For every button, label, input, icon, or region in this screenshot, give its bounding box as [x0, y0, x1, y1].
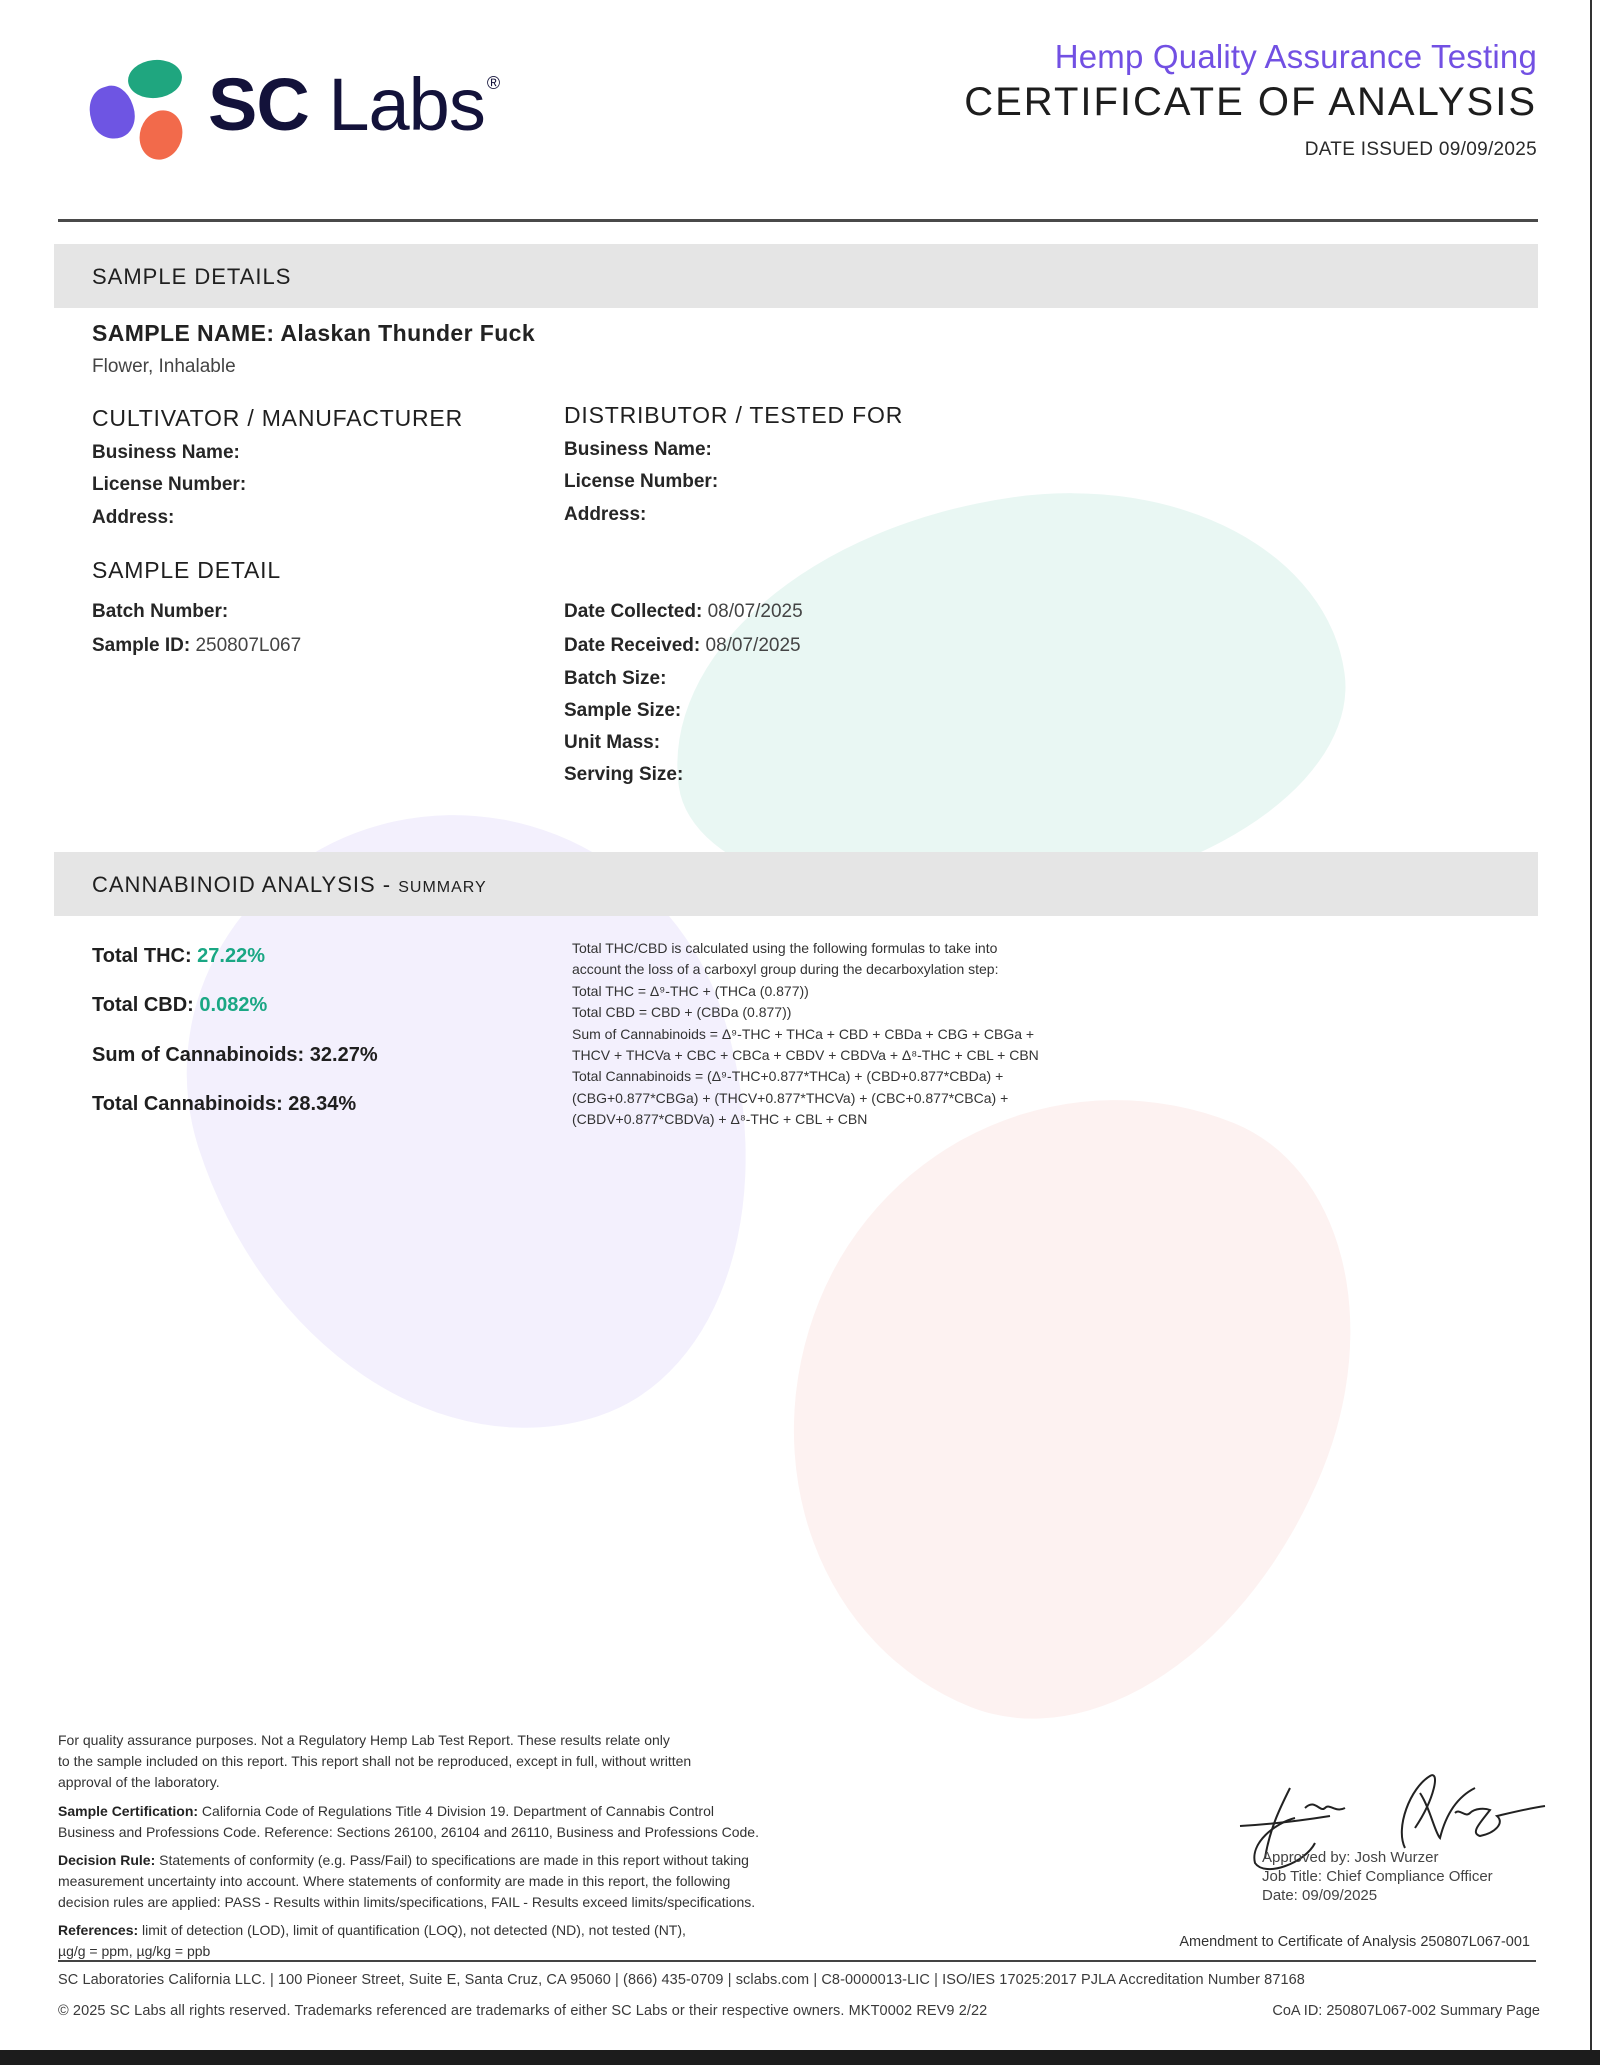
- distributor-license-number: License Number:: [564, 471, 718, 493]
- logo-green-dot-icon: [126, 57, 184, 100]
- total-cbd-value: 0.082%: [199, 994, 267, 1016]
- distributor-heading: DISTRIBUTOR / TESTED FOR: [564, 402, 903, 429]
- date-collected: Date Collected: 08/07/2025: [564, 601, 803, 623]
- sample-type: Flower, Inhalable: [92, 356, 236, 378]
- formula-line: Total Cannabinoids = (Δ⁹-THC+0.877*THCa)…: [572, 1066, 1039, 1087]
- total-cannabinoids: Total Cannabinoids: 28.34%: [92, 1093, 356, 1116]
- sample-detail-heading: SAMPLE DETAIL: [92, 557, 281, 584]
- document-title: CERTIFICATE OF ANALYSIS: [964, 80, 1537, 125]
- header-divider: [58, 219, 1538, 222]
- viewer-bottom-bar: [0, 2050, 1600, 2065]
- sample-size: Sample Size:: [564, 700, 681, 722]
- cannabinoid-analysis-bar: CANNABINOID ANALYSIS - SUMMARY: [54, 852, 1538, 916]
- sample-name-value: Alaskan Thunder Fuck: [280, 320, 535, 346]
- formula-line: THCV + THCVa + CBC + CBCa + CBDV + CBDVa…: [572, 1045, 1039, 1066]
- approval-block: Approved by: Josh Wurzer Job Title: Chie…: [1262, 1848, 1493, 1905]
- batch-number: Batch Number:: [92, 601, 228, 623]
- job-title: Job Title: Chief Compliance Officer: [1262, 1867, 1493, 1886]
- certification-line: California Code of Regulations Title 4 D…: [202, 1803, 714, 1819]
- certification-label: Sample Certification:: [58, 1803, 198, 1819]
- logo-sc: SC: [208, 63, 309, 146]
- batch-size: Batch Size:: [564, 668, 666, 690]
- decision-rule-line: Statements of conformity (e.g. Pass/Fail…: [159, 1852, 749, 1868]
- references-line: µg/g = ppm, µg/kg = ppb: [58, 1941, 686, 1962]
- formula-line: Total CBD = CBD + (CBDa (0.877)): [572, 1002, 1039, 1023]
- field-label: Batch Number:: [92, 601, 228, 622]
- field-label: Serving Size:: [564, 764, 683, 785]
- calculation-formulas: Total THC/CBD is calculated using the fo…: [572, 938, 1039, 1131]
- serving-size: Serving Size:: [564, 764, 683, 786]
- cannabinoid-title-main: CANNABINOID ANALYSIS -: [92, 872, 391, 897]
- distributor-business-name: Business Name:: [564, 439, 712, 461]
- formula-line: Total THC = Δ⁹-THC + (THCa (0.877)): [572, 981, 1039, 1002]
- formula-line: account the loss of a carboxyl group dur…: [572, 959, 1039, 980]
- field-value: 08/07/2025: [708, 601, 803, 622]
- sample-name-label: SAMPLE NAME:: [92, 320, 274, 346]
- field-value: 250807L067: [195, 635, 301, 656]
- cultivator-heading: CULTIVATOR / MANUFACTURER: [92, 405, 463, 432]
- field-label: License Number:: [92, 474, 246, 495]
- references-label: References:: [58, 1922, 138, 1938]
- logo-orange-dot-icon: [133, 105, 188, 166]
- references: References: limit of detection (LOD), li…: [58, 1920, 686, 1962]
- field-label: Business Name:: [92, 442, 240, 463]
- sample-details-title: SAMPLE DETAILS: [92, 264, 291, 290]
- field-label: License Number:: [564, 471, 718, 492]
- field-label: Date Received:: [564, 635, 700, 656]
- cultivator-address: Address:: [92, 507, 174, 529]
- field-label: Batch Size:: [564, 668, 666, 689]
- logo-labs: Labs: [328, 63, 484, 146]
- disclaimer-line: For quality assurance purposes. Not a Re…: [58, 1730, 691, 1751]
- field-label: Address:: [564, 504, 646, 525]
- disclaimer-line: to the sample included on this report. T…: [58, 1751, 691, 1772]
- sum-of-cannabinoids: Sum of Cannabinoids: 32.27%: [92, 1044, 378, 1067]
- total-thc-value: 27.22%: [197, 945, 265, 967]
- total-cannabinoids-label: Total Cannabinoids:: [92, 1093, 283, 1115]
- copyright: © 2025 SC Labs all rights reserved. Trad…: [58, 2003, 987, 2019]
- date-issued-value: 09/09/2025: [1439, 139, 1537, 160]
- unit-mass: Unit Mass:: [564, 732, 660, 754]
- disclaimer-line: approval of the laboratory.: [58, 1772, 691, 1793]
- registered-mark-icon: ®: [487, 73, 499, 93]
- sc-labs-logo: SC Labs®: [90, 60, 510, 165]
- field-label: Address:: [92, 507, 174, 528]
- certification-line: Business and Professions Code. Reference…: [58, 1822, 759, 1843]
- field-label: Sample ID:: [92, 635, 190, 656]
- sample-id: Sample ID: 250807L067: [92, 635, 301, 657]
- cannabinoid-title-suffix: SUMMARY: [398, 879, 487, 896]
- formula-line: (CBG+0.877*CBGa) + (THCV+0.877*THCVa) + …: [572, 1088, 1039, 1109]
- document-header: Hemp Quality Assurance Testing CERTIFICA…: [964, 38, 1537, 161]
- approval-date: Date: 09/09/2025: [1262, 1886, 1493, 1905]
- approved-by: Approved by: Josh Wurzer: [1262, 1848, 1493, 1867]
- date-issued-label: DATE ISSUED: [1305, 139, 1434, 160]
- total-cbd-label: Total CBD:: [92, 994, 194, 1016]
- cultivator-business-name: Business Name:: [92, 442, 240, 464]
- total-thc-label: Total THC:: [92, 945, 192, 967]
- lab-info: SC Laboratories California LLC. | 100 Pi…: [58, 1972, 1305, 1988]
- decision-rule-line: decision rules are applied: PASS - Resul…: [58, 1892, 755, 1913]
- sum-label: Sum of Cannabinoids:: [92, 1044, 304, 1066]
- decision-rule-line: measurement uncertainty into account. Wh…: [58, 1871, 755, 1892]
- header-subtitle: Hemp Quality Assurance Testing: [964, 38, 1537, 76]
- footer-divider: [58, 1960, 1536, 1962]
- cannabinoid-analysis-title: CANNABINOID ANALYSIS - SUMMARY: [92, 872, 487, 898]
- coa-id: CoA ID: 250807L067-002 Summary Page: [1272, 2003, 1540, 2019]
- formula-line: Total THC/CBD is calculated using the fo…: [572, 938, 1039, 959]
- distributor-address: Address:: [564, 504, 646, 526]
- sample-certification: Sample Certification: California Code of…: [58, 1801, 759, 1843]
- field-label: Date Collected:: [564, 601, 702, 622]
- sample-details-bar: SAMPLE DETAILS: [54, 244, 1538, 308]
- decision-rule-label: Decision Rule:: [58, 1852, 155, 1868]
- sample-name: SAMPLE NAME: Alaskan Thunder Fuck: [92, 320, 535, 347]
- logo-wordmark: SC Labs®: [208, 68, 499, 142]
- total-cannabinoids-value: 28.34%: [288, 1093, 356, 1115]
- field-label: Sample Size:: [564, 700, 681, 721]
- date-issued: DATE ISSUED 09/09/2025: [964, 139, 1537, 161]
- cultivator-license-number: License Number:: [92, 474, 246, 496]
- sum-value: 32.27%: [310, 1044, 378, 1066]
- total-cbd: Total CBD: 0.082%: [92, 994, 267, 1017]
- decision-rule: Decision Rule: Statements of conformity …: [58, 1850, 755, 1913]
- formula-line: (CBDV+0.877*CBDVa) + Δ⁸-THC + CBL + CBN: [572, 1109, 1039, 1130]
- field-value: 08/07/2025: [706, 635, 801, 656]
- disclaimer: For quality assurance purposes. Not a Re…: [58, 1730, 691, 1793]
- amendment-note: Amendment to Certificate of Analysis 250…: [1179, 1934, 1530, 1950]
- total-thc: Total THC: 27.22%: [92, 945, 265, 968]
- field-label: Business Name:: [564, 439, 712, 460]
- references-line: limit of detection (LOD), limit of quant…: [142, 1922, 686, 1938]
- date-received: Date Received: 08/07/2025: [564, 635, 801, 657]
- formula-line: Sum of Cannabinoids = Δ⁹-THC + THCa + CB…: [572, 1024, 1039, 1045]
- field-label: Unit Mass:: [564, 732, 660, 753]
